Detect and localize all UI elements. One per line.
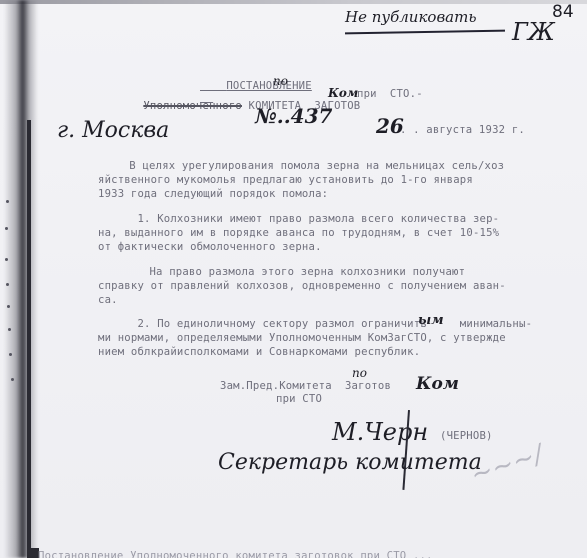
scanned-document-page: Не публиковать 84 ГЖ ПОСТАНОВЛЕНИЕ по Уп… [0, 0, 587, 558]
insert-kom-1: Ком [328, 86, 358, 100]
issuer-struck: Уполномоченного [143, 100, 242, 112]
issuer-suffix: при СТО.- [357, 88, 423, 100]
item-2-line: 2. По единоличному сектору размол ограни… [98, 318, 532, 330]
item-1-note-line: справку от правлений колхозов, одновреме… [98, 280, 506, 292]
initials-mark: ГЖ [512, 18, 555, 46]
preamble-line: В целях урегулирования помола зерна на м… [103, 160, 504, 172]
page-number: 84 [552, 2, 574, 22]
document-number: №..437 [255, 104, 332, 128]
signer-name: (ЧЕРНОВ) [440, 430, 493, 442]
insert-ym: ым [418, 313, 444, 328]
item-2-line: ми нормами, определяемыми Уполномоченным… [98, 332, 506, 344]
faint-signature: ~~~/ [467, 439, 547, 490]
do-not-publish-note: Не публиковать [345, 8, 477, 26]
insert-po-2: по [352, 366, 367, 380]
insert-po-1: по [273, 74, 288, 88]
insert-kom-2: Ком [416, 374, 459, 394]
preamble-line: яйственного мукомолья предлагаю установи… [98, 174, 473, 186]
signature-title: Зам.Пред.Комитета Заготов [220, 380, 391, 392]
secretary-note: Секретарь комитета [218, 450, 482, 475]
item-2-line: нием облкрайисполкомами и Совнаркомами р… [98, 346, 420, 358]
item-1-note-line: На право размола этого зерна колхозники … [110, 266, 465, 278]
binding-shadow [4, 0, 38, 558]
do-not-publish-underline [345, 30, 505, 35]
preamble-line: 1933 года следующий порядок помола: [98, 188, 328, 200]
binding-edge [27, 120, 31, 558]
item-1-line: на, выданного им в порядке аванса по тру… [98, 227, 499, 239]
item-1-note-line: са. [98, 294, 118, 306]
bottom-cut-line: Постановление Уполномоченного комитета з… [38, 550, 433, 558]
scan-top-edge [0, 0, 587, 4]
item-1-line: от фактически обмолоченного зерна. [98, 241, 322, 253]
document-date: . . августа 1932 г. [400, 124, 525, 136]
signature-subtitle: при СТО [276, 393, 322, 405]
city: г. Москва [57, 118, 169, 143]
signature: М.Черн [332, 418, 428, 446]
item-1-line: 1. Колхозники имеют право размола всего … [98, 213, 499, 225]
